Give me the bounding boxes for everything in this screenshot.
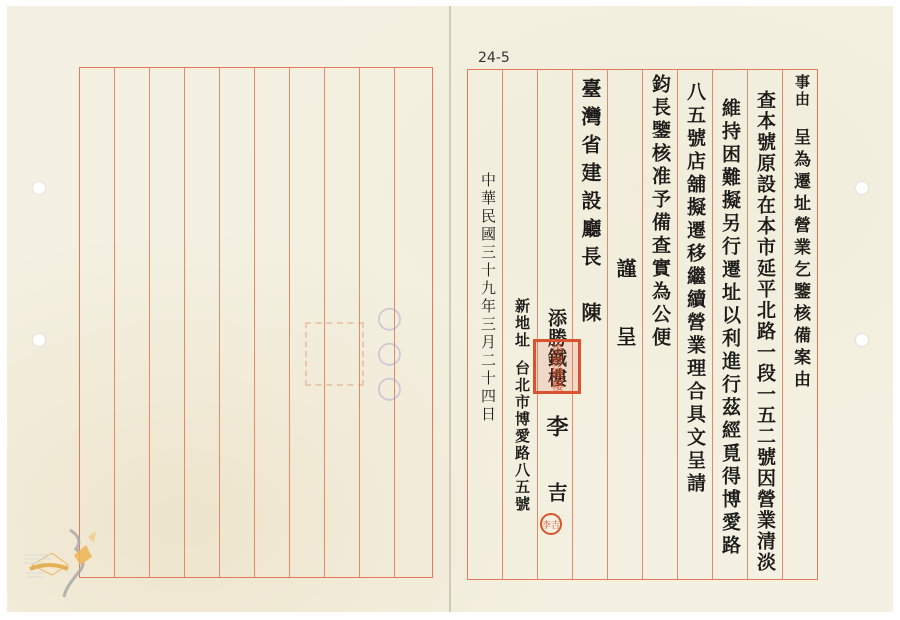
document-date: 中華民國三十九年三月二十四日 [470,172,505,424]
subject-line: 呈為遷址營業乞鑒核備案由 [782,128,817,392]
company-seal: 添勝鐵樓 [533,339,581,394]
body-line-2: 維持困難擬另行遷址以利進行茲經覓得博愛路 [712,98,747,558]
punch-hole [856,182,868,194]
subject-label: 事由 [784,74,819,108]
company-seal-text: 添勝鐵樓 [551,343,563,391]
archive-logo-icon [22,525,112,600]
punch-hole [33,182,45,194]
recipient: 臺灣省建設廳長 陳 [572,78,607,330]
body-line-1: 查本號原設在本市延平北路一段一五二號因營業清淡 [747,90,782,573]
punch-hole [33,334,45,346]
page-fold [449,6,451,612]
personal-seal: 李吉 [540,513,562,535]
personal-seal-text: 李吉 [542,518,560,531]
faint-stamp-bleedthrough [305,322,364,386]
page-number: 24-5 [478,50,510,66]
sender-given-name: 吉 [538,482,573,505]
punch-hole [856,334,868,346]
body-line-4: 鈞長鑒核准予備查實為公便 [642,74,677,350]
faint-ink-bleedthrough: ○○○ [372,300,407,405]
sender-surname: 李 [538,415,573,440]
body-line-3: 八五號店舖擬遷移繼續營業理合具文呈請 [677,82,712,496]
salutation: 謹 呈 [607,258,642,360]
right-page-grid: 事由 呈為遷址營業乞鑒核備案由 查本號原設在本市延平北路一段一五二號因營業清淡 … [467,69,818,580]
